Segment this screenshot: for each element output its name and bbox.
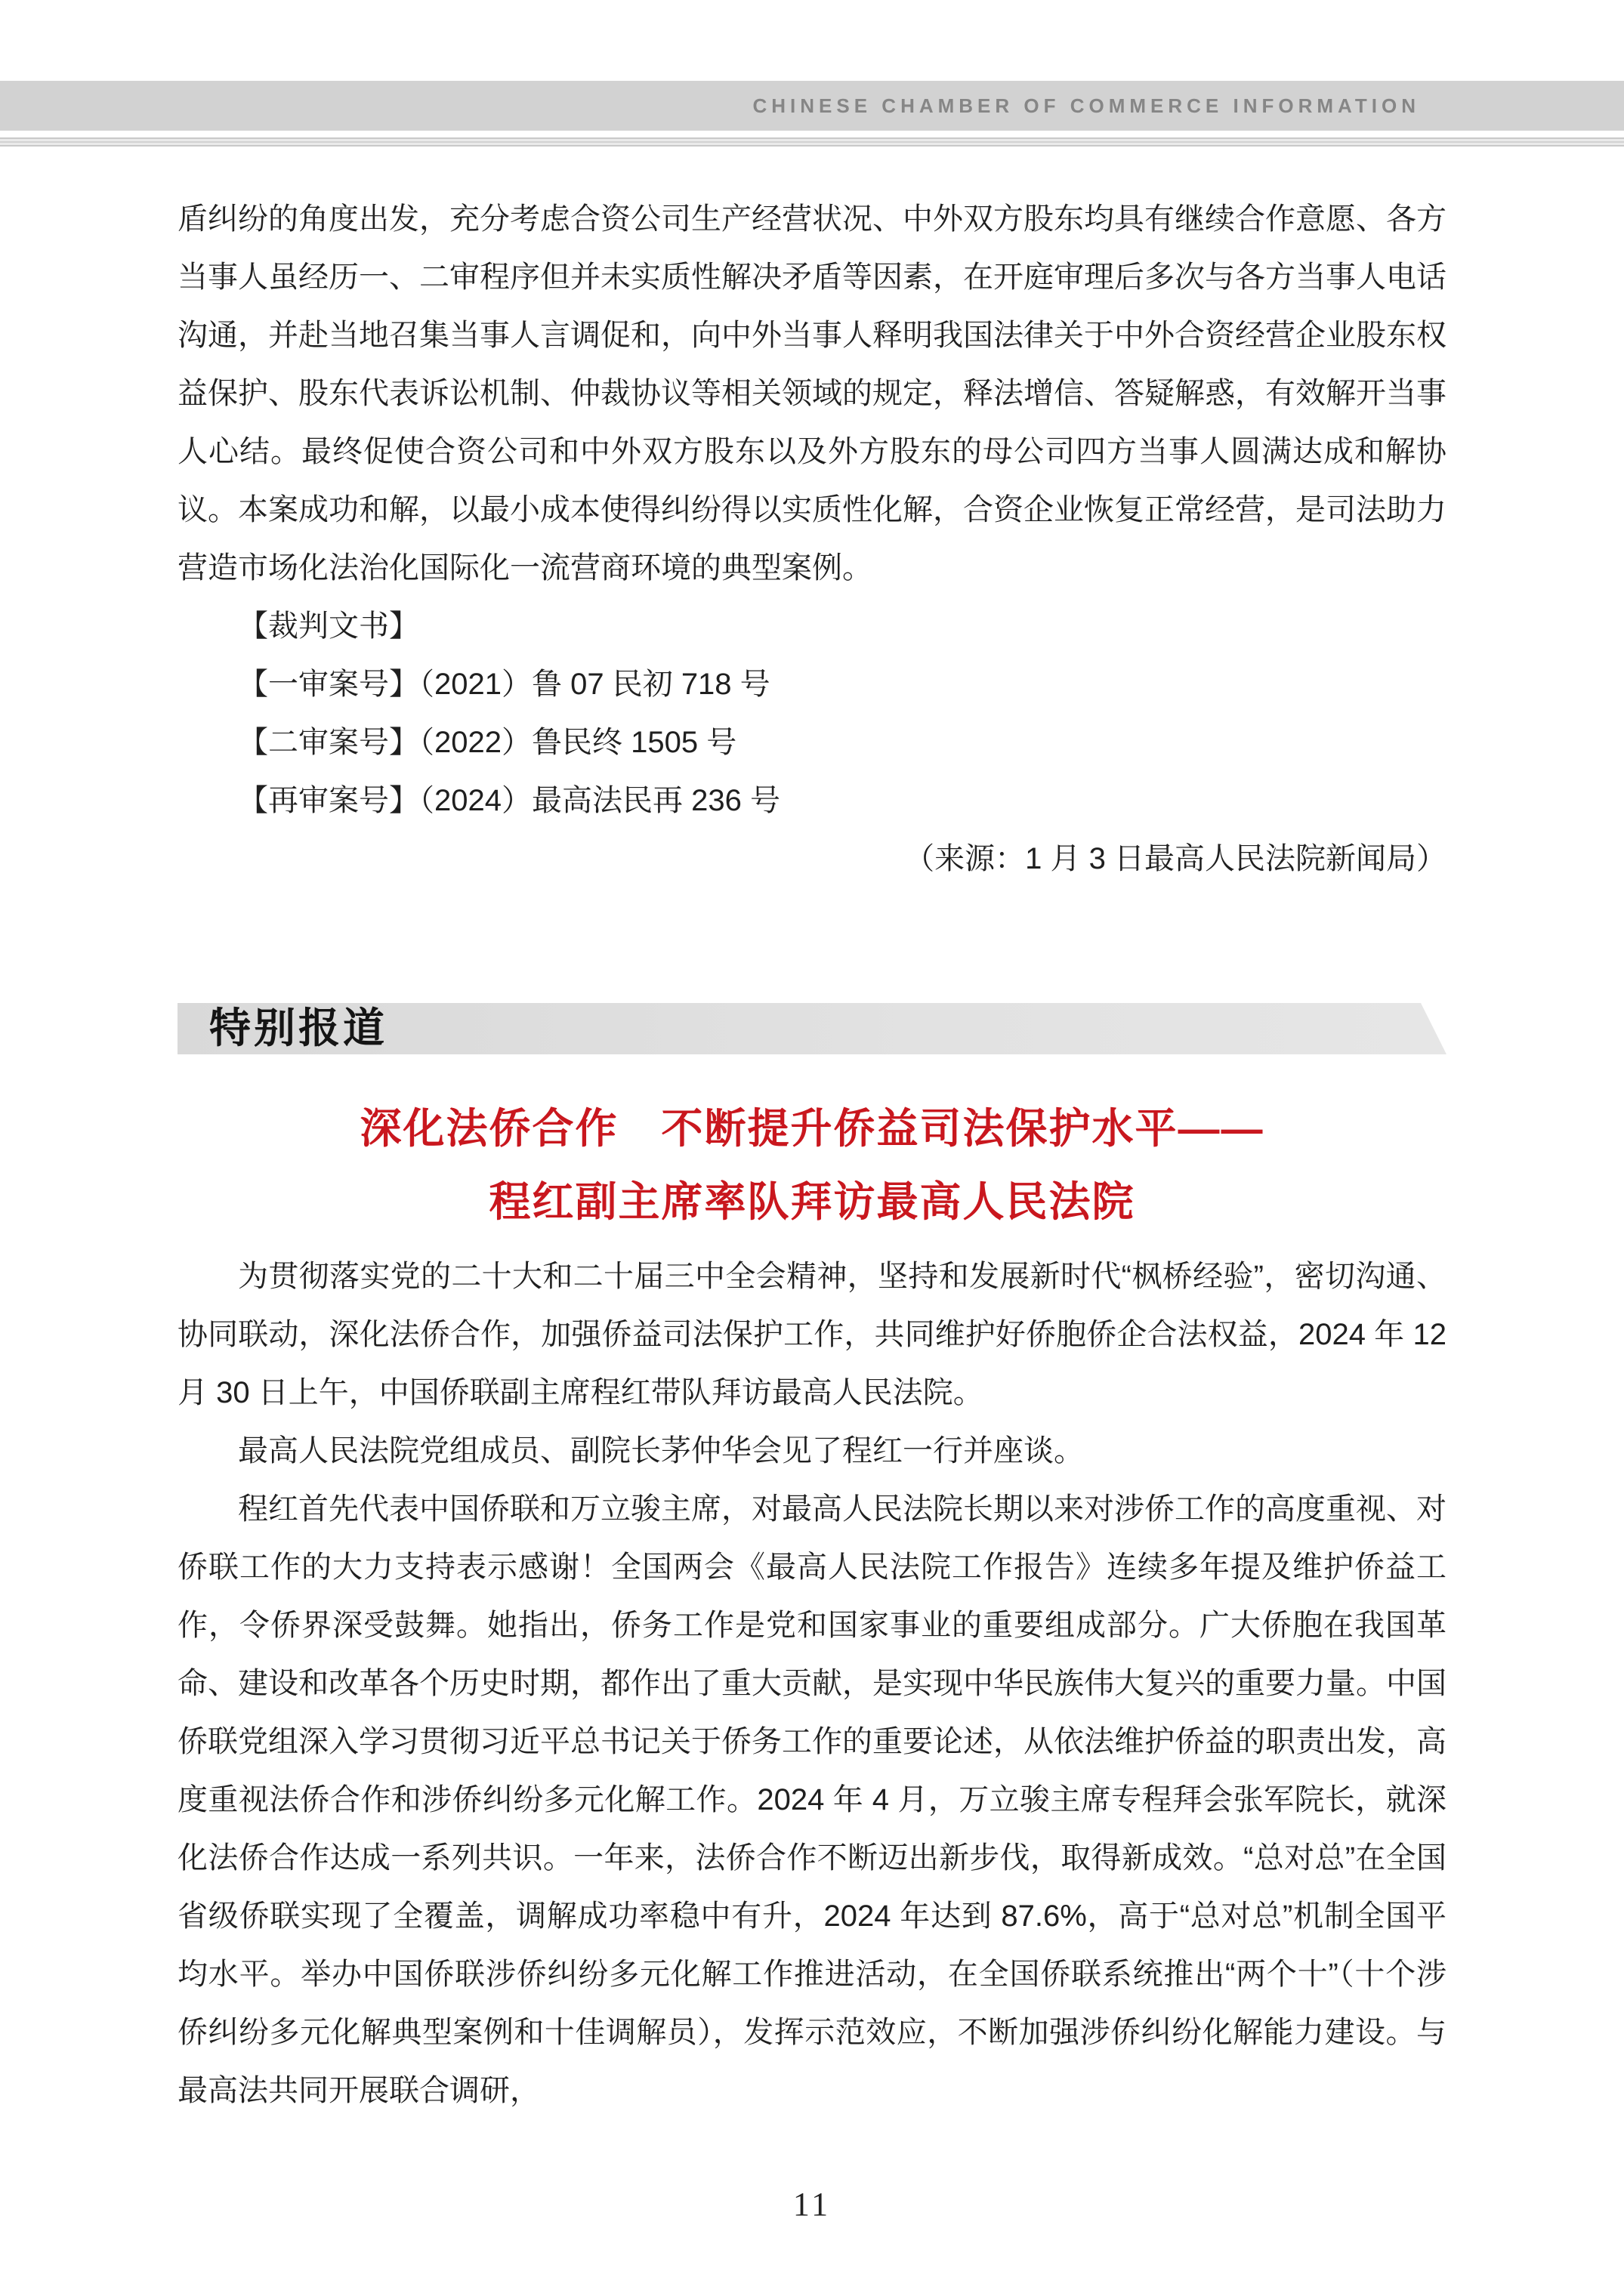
- section-band: 特别报道: [178, 1003, 1446, 1054]
- article-title-line2: 程红副主席率队拜访最高人民法院: [178, 1165, 1446, 1239]
- article-title-block: 深化法侨合作 不断提升侨益司法保护水平—— 程红副主席率队拜访最高人民法院: [178, 1092, 1446, 1239]
- report-paragraph-2: 最高人民法院党组成员、副院长茅仲华会见了程红一行并座谈。: [178, 1422, 1446, 1480]
- header-banner-text: CHINESE CHAMBER OF COMMERCE INFORMATION: [752, 81, 1420, 131]
- page-number: 11: [0, 2185, 1624, 2224]
- case-number-second-instance: 【二审案号】（2022）鲁民终 1505 号: [178, 714, 1446, 772]
- report-paragraph-1: 为贯彻落实党的二十大和二十届三中全会精神，坚持和发展新时代“枫桥经验”，密切沟通…: [178, 1248, 1446, 1422]
- article-special-report-body: 为贯彻落实党的二十大和二十届三中全会精神，坚持和发展新时代“枫桥经验”，密切沟通…: [178, 1248, 1446, 2120]
- report-paragraph-3: 程红首先代表中国侨联和万立骏主席，对最高人民法院长期以来对涉侨工作的高度重视、对…: [178, 1480, 1446, 2120]
- header-banner: CHINESE CHAMBER OF COMMERCE INFORMATION: [0, 81, 1624, 131]
- article-settlement-body: 盾纠纷的角度出发，充分考虑合资公司生产经营状况、中外双方股东均具有继续合作意愿、…: [178, 190, 1446, 888]
- settlement-paragraph: 盾纠纷的角度出发，充分考虑合资公司生产经营状况、中外双方股东均具有继续合作意愿、…: [178, 190, 1446, 597]
- section-title: 特别报道: [209, 1003, 387, 1054]
- source-attribution: （来源：1 月 3 日最高人民法院新闻局）: [178, 830, 1446, 888]
- case-number-retrial: 【再审案号】（2024）最高法民再 236 号: [178, 772, 1446, 830]
- header-divider-stripes: [0, 137, 1624, 147]
- judgment-docs-label: 【裁判文书】: [178, 597, 1446, 656]
- case-number-first-instance: 【一审案号】（2021）鲁 07 民初 718 号: [178, 656, 1446, 714]
- article-title-line1: 深化法侨合作 不断提升侨益司法保护水平——: [178, 1092, 1446, 1165]
- document-page: CHINESE CHAMBER OF COMMERCE INFORMATION …: [0, 0, 1624, 2293]
